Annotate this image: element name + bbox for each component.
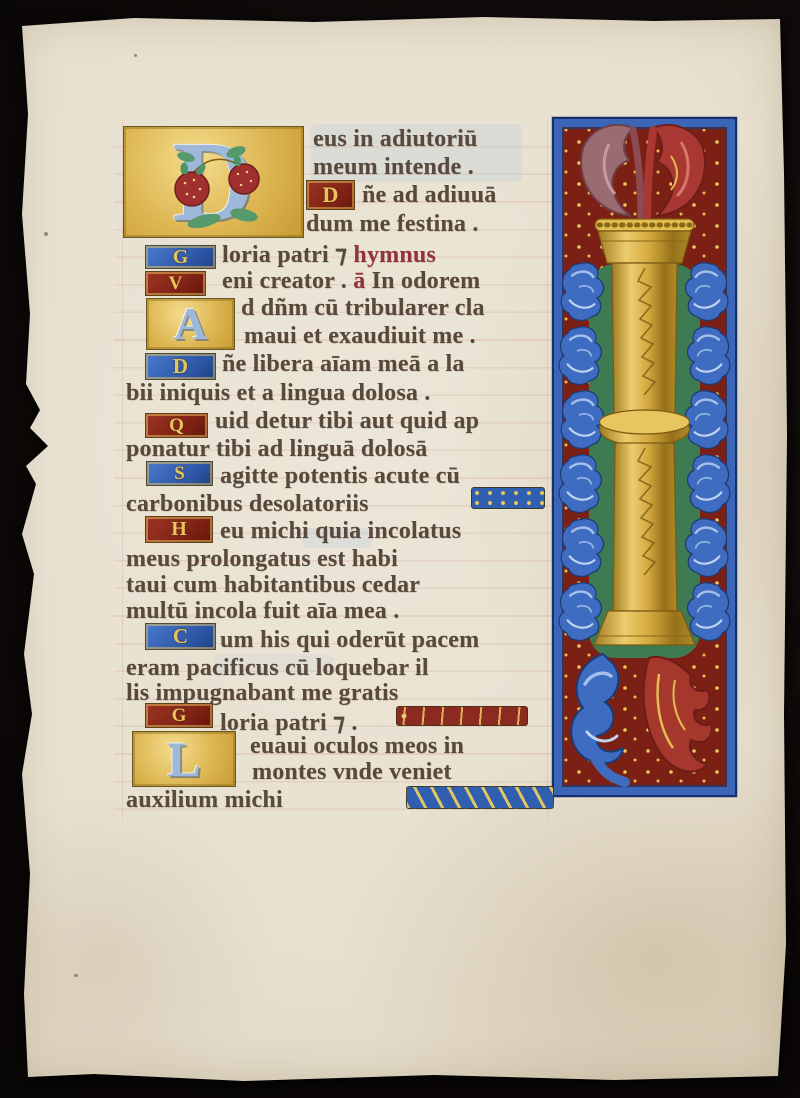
illuminated-initial-V: V [145, 271, 206, 296]
text-line-20: eram pacificus cū loquebar il [126, 655, 429, 682]
text-line-16: meus prolongatus est habi [126, 546, 398, 573]
illuminated-initial-D: D [145, 353, 216, 380]
body-text: carbonibus desolatoriis [126, 491, 369, 517]
green-leaf [186, 211, 222, 231]
body-text: ponatur tibi ad linguā dolosā [126, 436, 427, 462]
illuminated-border-panel [551, 116, 738, 798]
line-filler-blue-stripes [406, 786, 554, 809]
strawberry-decoration [124, 127, 305, 239]
text-line-11: uid detur tibi aut quid ap [215, 408, 479, 435]
body-text: meus prolongatus est habi [126, 546, 398, 572]
illuminated-initial-Q: Q [145, 413, 208, 438]
ruling-line-vertical [547, 120, 548, 820]
illuminated-initial-S: S [146, 461, 213, 486]
text-line-7: d dñm cū tribularer cla [241, 295, 485, 322]
photo-background: D [0, 0, 800, 1098]
text-line-9: ñe libera aīam meā a la [222, 351, 465, 378]
body-text: eni creator . [222, 268, 353, 294]
initial-letter: A [147, 299, 234, 349]
manuscript-leaf-wrap: D [14, 14, 788, 1084]
body-text: montes vnde veniet [252, 759, 452, 785]
strawberry-right [229, 155, 259, 194]
body-text: multū incola fuit aīa mea . [126, 598, 399, 624]
text-line-19: um his qui oderūt pacem [220, 627, 479, 654]
stain-speck [134, 54, 137, 57]
text-line-4: dum me festina . [306, 211, 479, 238]
body-text: meum intende . [313, 154, 474, 180]
body-text: ñe ad adiuuā [362, 182, 496, 208]
text-line-6: eni creator . ā In odorem [222, 268, 480, 295]
stain-speck [44, 232, 48, 236]
illuminated-initial-G: G [145, 245, 216, 269]
body-text: um his qui oderūt pacem [220, 627, 479, 653]
body-text: euaui oculos meos in [250, 733, 464, 759]
body-text: bii iniquis et a lingua dolosa . [126, 380, 431, 406]
rubric-text: hymnus [353, 242, 436, 268]
body-text: loria patri ⁊ [222, 242, 353, 268]
body-text: dum me festina . [306, 211, 479, 237]
text-line-15: eu michi quia incolatus [220, 518, 461, 545]
illuminated-initial-D: D [306, 180, 355, 210]
text-line-3: ñe ad adiuuā [362, 182, 496, 209]
text-line-14: carbonibus desolatoriis [126, 491, 369, 518]
text-line-12: ponatur tibi ad linguā dolosā [126, 436, 427, 463]
illuminated-initial-H: H [145, 516, 213, 543]
text-line-18: multū incola fuit aīa mea . [126, 598, 399, 625]
body-text: auxilium michi [126, 787, 283, 813]
line-filler-blue-dots [471, 487, 545, 509]
green-leaf [176, 150, 196, 163]
illuminated-initial-G: G [145, 703, 213, 728]
body-text: eram pacificus cū loquebar il [126, 655, 429, 681]
body-text: d dñm cū tribularer cla [241, 295, 485, 321]
text-line-2: meum intende . [313, 154, 474, 181]
text-line-25: auxilium michi [126, 787, 283, 814]
body-text: eu michi quia incolatus [220, 518, 461, 544]
illuminated-initial-D-large: D [123, 126, 304, 238]
illuminated-initial-L-large: L [132, 731, 236, 787]
text-line-10: bii iniquis et a lingua dolosa . [126, 380, 431, 407]
stain-speck [74, 974, 78, 977]
text-line-5: loria patri ⁊ hymnus [222, 240, 436, 269]
manuscript-leaf: D [14, 14, 788, 1084]
body-text: ñe libera aīam meā a la [222, 351, 465, 377]
illuminated-initial-A-large: A [146, 298, 235, 350]
text-line-24: montes vnde veniet [252, 759, 452, 786]
text-line-13: agitte potentis acute cū [220, 463, 460, 490]
text-line-23: euaui oculos meos in [250, 733, 464, 760]
text-line-1: eus in adiutoriū [313, 126, 478, 153]
text-line-17: taui cum habitantibus cedar [126, 572, 420, 599]
green-leaf [229, 206, 259, 224]
strawberry-left [175, 162, 209, 206]
body-text: agitte potentis acute cū [220, 463, 460, 489]
initial-letter: L [133, 732, 235, 786]
rubric-text: ā [353, 268, 371, 294]
body-text: eus in adiutoriū [313, 126, 478, 152]
illuminated-initial-C: C [145, 623, 216, 650]
body-text: uid detur tibi aut quid ap [215, 408, 479, 434]
text-line-8: maui et exaudiuit me . [244, 323, 476, 350]
body-text: In odorem [372, 268, 481, 294]
line-filler-red-gold [396, 706, 528, 726]
body-text: taui cum habitantibus cedar [126, 572, 420, 598]
body-text: maui et exaudiuit me . [244, 323, 476, 349]
